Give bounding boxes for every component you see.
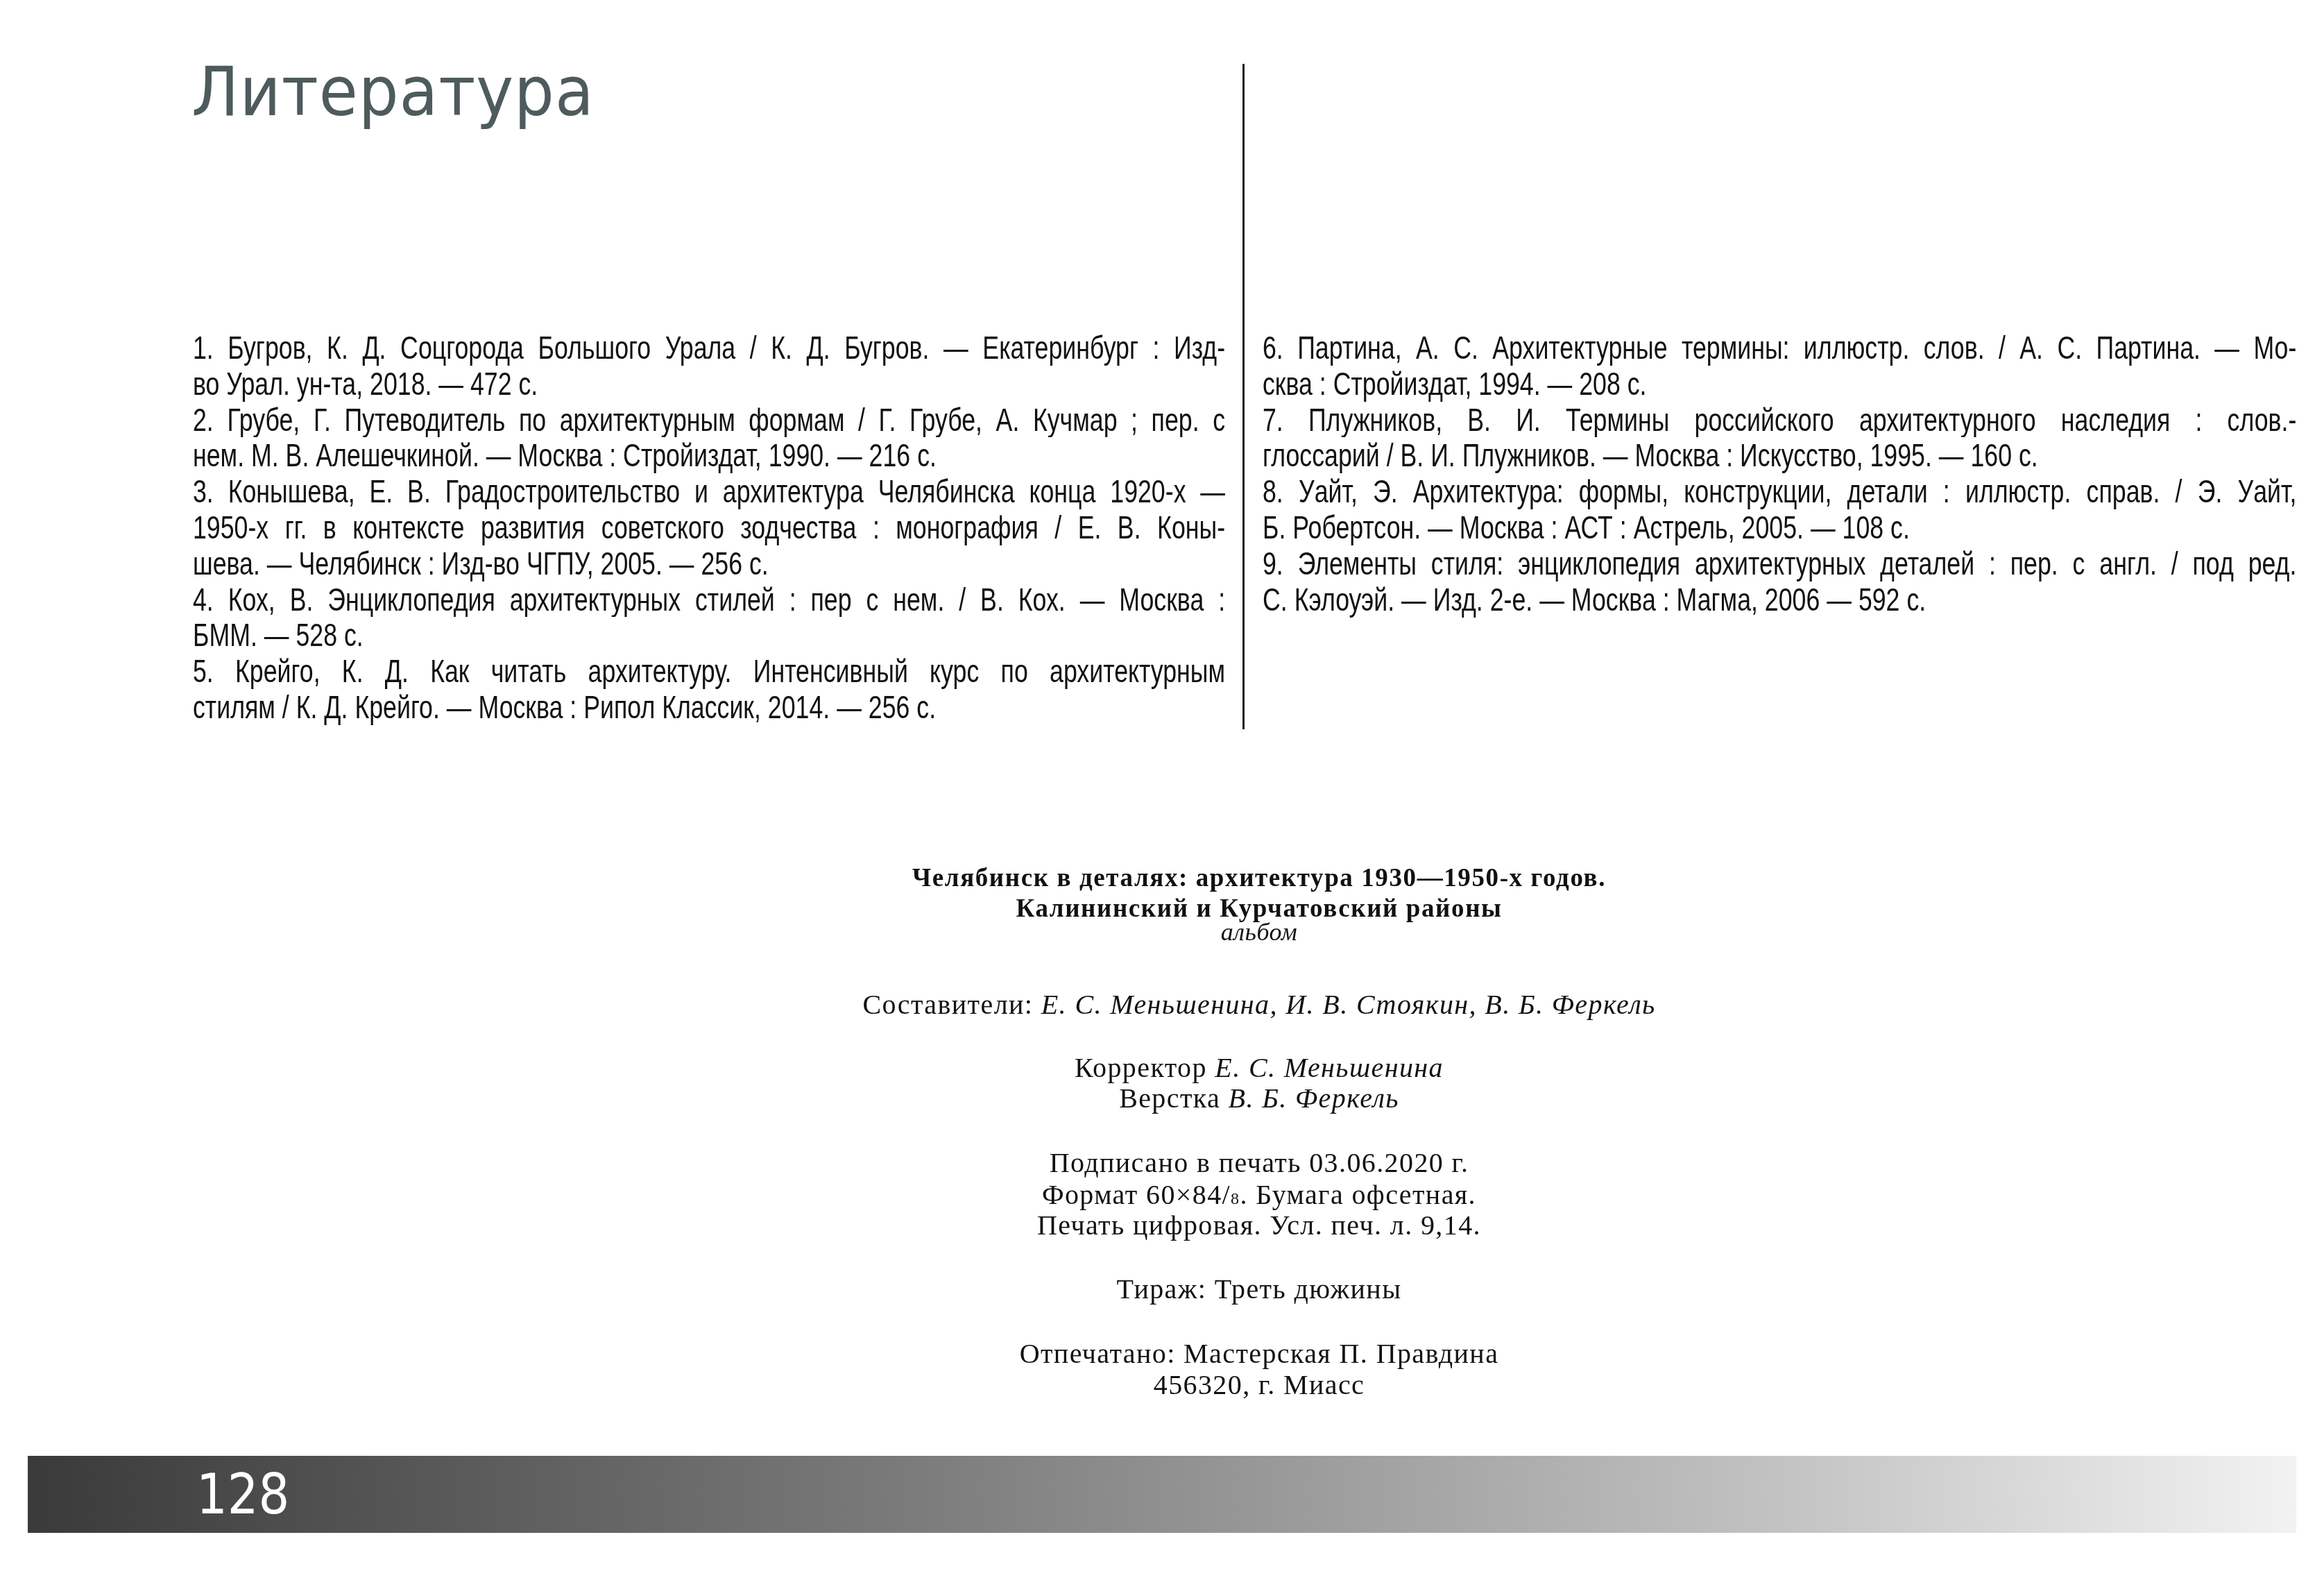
bibliography-entry: 4. Кох, В. Энциклопедия архитектурных ст…: [193, 581, 1225, 654]
bibliography-entry: 7. Плужников, В. И. Термины российского …: [1263, 402, 2296, 474]
proofreader-line: Корректор Е. С. Меньшенина: [704, 1054, 1814, 1082]
bibliography-entry-line: Б. Робертсон. — Москва : АСТ : Астрель, …: [1263, 509, 2296, 545]
bibliography-entry-line: 5. Крейго, К. Д. Как читать архитектуру.…: [193, 653, 1225, 689]
printed-by: Отпечатано: Мастерская П. Правдина: [704, 1340, 1814, 1368]
bibliography-right-column: 6. Партина, А. С. Архитектурные термины:…: [1263, 330, 2296, 617]
book-genre: альбом: [704, 919, 1822, 944]
compilers-line: Составители: Е. С. Меньшенина, И. В. Сто…: [704, 991, 1814, 1019]
bibliography-list: 6. Партина, А. С. Архитектурные термины:…: [1263, 330, 2296, 617]
book-page: Литература 1. Бугров, К. Д. Соцгорода Бо…: [0, 0, 2324, 1596]
bibliography-entry-line: 2. Грубе, Г. Путеводитель по архитектурн…: [193, 402, 1225, 438]
bibliography-list: 1. Бугров, К. Д. Соцгорода Большого Урал…: [193, 330, 1225, 725]
compilers-names: Е. С. Меньшенина, И. В. Стоякин, В. Б. Ф…: [1041, 989, 1656, 1020]
bibliography-entry-line: нем. М. В. Алешечкиной. — Москва : Строй…: [193, 437, 1225, 473]
book-title-line-1: Челябинск в деталях: архитектура 1930—19…: [704, 865, 1814, 891]
bibliography-entry-line: глоссарий / В. И. Плужников. — Москва : …: [1263, 437, 2296, 473]
bibliography-left-column: 1. Бугров, К. Д. Соцгорода Большого Урал…: [193, 330, 1225, 725]
bibliography-entry-line: 6. Партина, А. С. Архитектурные термины:…: [1263, 330, 2296, 366]
footer-gradient-bar: [28, 1456, 2296, 1533]
bibliography-entry: 9. Элементы стиля: энциклопедия архитект…: [1263, 545, 2296, 618]
printer-address: 456320, г. Миасс: [704, 1371, 1814, 1399]
bibliography-entry: 6. Партина, А. С. Архитектурные термины:…: [1263, 330, 2296, 402]
bibliography-entry: 5. Крейго, К. Д. Как читать архитектуру.…: [193, 653, 1225, 725]
bibliography-entry: 2. Грубе, Г. Путеводитель по архитектурн…: [193, 402, 1225, 474]
bibliography-entry-line: шева. — Челябинск : Изд-во ЧГПУ, 2005. —…: [193, 545, 1225, 581]
proofreader-name: Е. С. Меньшенина: [1215, 1052, 1444, 1083]
bibliography-entry-line: С. Кэлоуэй. — Изд. 2-е. — Москва : Магма…: [1263, 581, 2296, 618]
print-info: Печать цифровая. Усл. печ. л. 9,14.: [704, 1212, 1814, 1239]
bibliography-entry-line: 8. Уайт, Э. Архитектура: формы, конструк…: [1263, 473, 2296, 509]
page-number: 128: [196, 1467, 289, 1522]
compilers-label: Составители:: [862, 989, 1041, 1020]
bibliography-entry-line: 1950-х гг. в контексте развития советско…: [193, 509, 1225, 545]
print-run: Тираж: Треть дюжины: [704, 1275, 1814, 1303]
bibliography-entry: 3. Конышева, Е. В. Градостроительство и …: [193, 473, 1225, 581]
bibliography-entry: 1. Бугров, К. Д. Соцгорода Большого Урал…: [193, 330, 1225, 402]
layout-label: Верстка: [1119, 1083, 1228, 1114]
bibliography-entry-line: 1. Бугров, К. Д. Соцгорода Большого Урал…: [193, 330, 1225, 366]
bibliography-entry: 8. Уайт, Э. Архитектура: формы, конструк…: [1263, 473, 2296, 545]
format-fraction: 8: [1231, 1190, 1240, 1208]
bibliography-entry-line: 4. Кох, В. Энциклопедия архитектурных ст…: [193, 581, 1225, 618]
layout-name: В. Б. Феркель: [1229, 1083, 1399, 1114]
proofreader-label: Корректор: [1075, 1052, 1215, 1083]
bibliography-entry-line: во Урал. ун-та, 2018. — 472 с.: [193, 366, 1225, 402]
bibliography-entry-line: стилям / К. Д. Крейго. — Москва : Рипол …: [193, 689, 1225, 725]
section-title: Литература: [191, 58, 595, 126]
format-prefix: Формат 60×84/: [1042, 1179, 1231, 1210]
bibliography-entry-line: сква : Стройиздат, 1994. — 208 с.: [1263, 366, 2296, 402]
bibliography-entry-line: 7. Плужников, В. И. Термины российского …: [1263, 402, 2296, 438]
signed-to-print: Подписано в печать 03.06.2020 г.: [704, 1149, 1814, 1177]
bibliography-entry-line: БММ. — 528 с.: [193, 617, 1225, 653]
bibliography-entry-line: 3. Конышева, Е. В. Градостроительство и …: [193, 473, 1225, 509]
format-line: Формат 60×84/8. Бумага офсетная.: [704, 1181, 1814, 1209]
bibliography-entry-line: 9. Элементы стиля: энциклопедия архитект…: [1263, 545, 2296, 581]
layout-line: Верстка В. Б. Феркель: [704, 1085, 1814, 1112]
column-divider: [1242, 64, 1245, 729]
format-suffix: . Бумага офсетная.: [1240, 1179, 1476, 1210]
